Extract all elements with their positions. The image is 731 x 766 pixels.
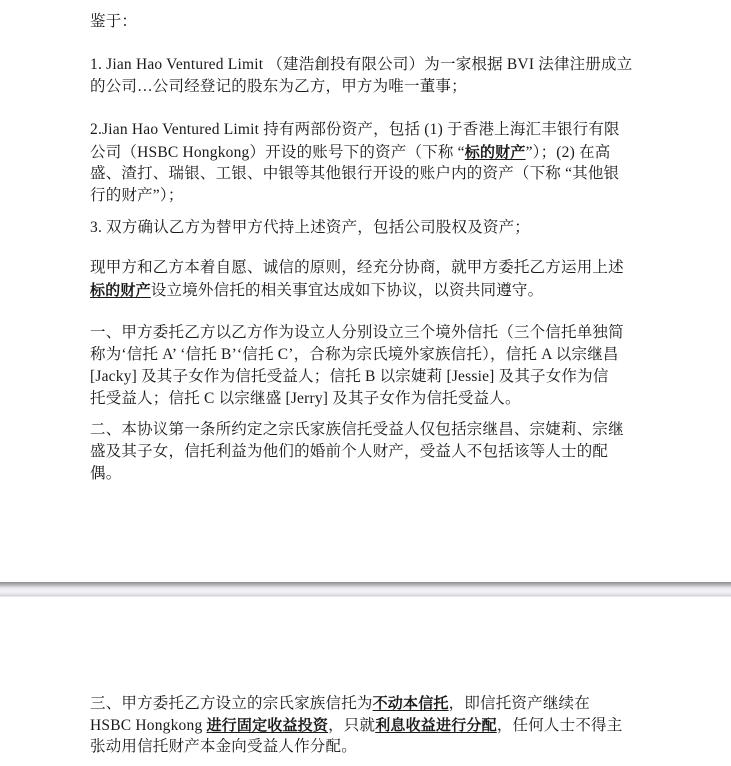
text: ”）；(2) 在高 bbox=[526, 144, 611, 161]
text: 三、甲方委托乙方设立的宗氏家族信托为 bbox=[90, 695, 373, 712]
item-2-line-3: 盛、渣打、瑞银、工银、中银等其他银行开设的账户内的资产（下称 “其他银 bbox=[90, 163, 619, 185]
clause-1-line-3: [Jacky] 及其子女作为信托受益人；信托 B 以宗婕莉 [Jessie] 及… bbox=[90, 366, 609, 388]
item-2-line-1: 2.Jian Hao Ventured Limit 持有两部份资产，包括 (1)… bbox=[90, 119, 620, 141]
text: ，即信托资产继续在 bbox=[449, 695, 590, 712]
clause-1-line-1: 一、甲方委托乙方以乙方作为设立人分别设立三个境外信托（三个信托单独简 bbox=[90, 322, 624, 344]
item-2-line-4: 行的财产”）； bbox=[90, 185, 184, 207]
clause-1-line-2: 称为‘信托 A’ ‘信托 B’‘信托 C’，合称为宗氏境外家族信托），信托 A … bbox=[90, 344, 619, 366]
clause-2-line-3: 偶。 bbox=[90, 463, 121, 485]
emphasis-term: 标的财产 bbox=[90, 281, 151, 299]
text: 设立境外信托的相关事宜达成如下协议，以资共同遵守。 bbox=[151, 282, 544, 299]
document-page-1: 鉴于： 1. Jian Hao Ventured Limit （建浩創投有限公司… bbox=[0, 0, 731, 582]
intro-line-1: 现甲方和乙方本着自愿、诚信的原则，经充分协商，就甲方委托乙方运用上述 bbox=[90, 257, 624, 279]
text: 公司（HSBC Hongkong）开设的账号下的资产（下称 “ bbox=[90, 144, 465, 161]
text: ，只就 bbox=[328, 717, 375, 734]
emphasis-term: 不动本信托 bbox=[373, 694, 449, 712]
document-page-2: 三、甲方委托乙方设立的宗氏家族信托为不动本信托，即信托资产继续在 HSBC Ho… bbox=[0, 597, 731, 766]
text: HSBC Hongkong bbox=[90, 717, 206, 734]
clause-3-line-1: 三、甲方委托乙方设立的宗氏家族信托为不动本信托，即信托资产继续在 bbox=[90, 692, 590, 715]
item-3: 3. 双方确认乙方为替甲方代持上述资产，包括公司股权及资产； bbox=[90, 217, 530, 239]
clause-1-line-4: 托受益人；信托 C 以宗继盛 [Jerry] 及其子女作为信托受益人。 bbox=[90, 388, 521, 410]
item-1-line-2: 的公司…公司经登记的股东为乙方，甲方为唯一董事； bbox=[90, 76, 467, 98]
item-1-line-1: 1. Jian Hao Ventured Limit （建浩創投有限公司）为一家… bbox=[90, 54, 632, 76]
emphasis-term: 标的财产 bbox=[465, 143, 526, 161]
emphasis-term: 利息收益进行分配 bbox=[375, 716, 497, 734]
whereas-heading: 鉴于： bbox=[90, 11, 137, 33]
clause-3-line-2: HSBC Hongkong 进行固定收益投资，只就利息收益进行分配，任何人士不得… bbox=[90, 714, 622, 737]
clause-3-line-3: 张动用信托财产本金向受益人作分配。 bbox=[90, 736, 357, 758]
emphasis-term: 进行固定收益投资 bbox=[206, 716, 328, 734]
clause-2-line-2: 盛及其子女，信托利益为他们的婚前个人财产，受益人不包括该等人士的配 bbox=[90, 441, 608, 463]
clause-2-line-1: 二、本协议第一条所约定之宗氏家族信托受益人仅包括宗继昌、宗婕莉、宗继 bbox=[90, 419, 624, 441]
item-2-line-2: 公司（HSBC Hongkong）开设的账号下的资产（下称 “标的财产”）；(2… bbox=[90, 141, 610, 164]
intro-line-2: 标的财产设立境外信托的相关事宜达成如下协议，以资共同遵守。 bbox=[90, 279, 543, 302]
text: ，任何人士不得主 bbox=[497, 717, 623, 734]
page-separator bbox=[0, 582, 731, 597]
